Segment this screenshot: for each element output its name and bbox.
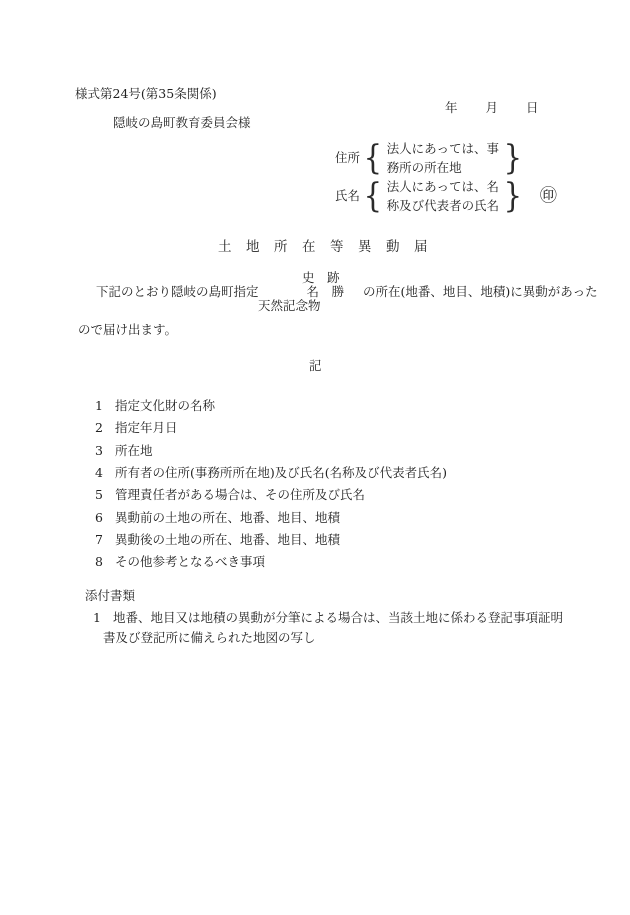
form-number: 様式第24号(第35条関係) — [75, 87, 217, 101]
item-list: 1 指定文化財の名称 2 指定年月日 3 所在地 4 所有者の住所(事務所所在地… — [95, 395, 447, 574]
name-note-line1: 法人にあっては、名 — [387, 177, 500, 196]
body-sentence-line2: ので届け出ます。 — [78, 323, 177, 337]
address-label: 住所 — [335, 151, 360, 165]
list-item-number: 2 — [95, 417, 115, 439]
address-note-line2: 務所の所在地 — [387, 158, 499, 177]
addressee: 隠岐の島町教育委員会様 — [113, 116, 251, 130]
body-sentence-prefix: 下記のとおり隠岐の島町指定 — [96, 284, 259, 299]
address-note-line1: 法人にあっては、事 — [387, 139, 499, 158]
list-item: 1 指定文化財の名称 — [95, 395, 447, 417]
document-title: 土地所在等異動届 — [218, 240, 442, 254]
list-item-text: 指定文化財の名称 — [115, 395, 215, 417]
address-note: 法人にあっては、事 務所の所在地 — [387, 139, 499, 177]
list-item-number: 1 — [95, 395, 115, 417]
attachment-item-line1: 地番、地目又は地積の異動が分筆による場合は、当該土地に係わる登記事項証明 — [113, 611, 563, 625]
list-item: 7 異動後の土地の所在、地番、地目、地積 — [95, 529, 447, 551]
document-page: 様式第24号(第35条関係) 年 月 日 隠岐の島町教育委員会様 住所 { 法人… — [0, 0, 630, 915]
address-brace-open: { — [364, 139, 382, 177]
list-item-number: 7 — [95, 529, 115, 551]
designation-option-meisho: 名 勝 — [307, 284, 345, 299]
date-month-label: 月 — [486, 101, 499, 115]
list-item-text: 所有者の住所(事務所所在地)及び氏名(名称及び代表者氏名) — [115, 462, 447, 484]
designation-option-shiseki: 史 跡 — [302, 271, 340, 285]
attachments-heading: 添付書類 — [85, 589, 135, 603]
attachment-item-number: 1 — [93, 611, 113, 625]
list-item-text: その他参考となるべき事項 — [115, 551, 265, 573]
date-line: 年 月 日 — [445, 101, 539, 115]
address-brace-close: } — [504, 139, 522, 177]
list-item-number: 3 — [95, 440, 115, 462]
body-sentence-suffix: の所在(地番、地目、地積)に異動があった — [363, 284, 598, 299]
list-item-number: 4 — [95, 462, 115, 484]
list-item: 5 管理責任者がある場合は、その住所及び氏名 — [95, 484, 447, 506]
list-item: 6 異動前の土地の所在、地番、地目、地積 — [95, 507, 447, 529]
list-item-text: 管理責任者がある場合は、その住所及び氏名 — [115, 484, 365, 506]
address-block: 住所 { 法人にあっては、事 務所の所在地 } — [335, 139, 524, 177]
record-label: 記 — [309, 359, 322, 373]
list-item: 3 所在地 — [95, 440, 447, 462]
list-item: 2 指定年月日 — [95, 417, 447, 439]
designation-option-tennenkinenbutsu: 天然記念物 — [258, 299, 321, 313]
list-item-number: 5 — [95, 484, 115, 506]
attachment-item-line2: 書及び登記所に備えられた地図の写し — [103, 631, 316, 645]
list-item-text: 所在地 — [115, 440, 153, 462]
name-note-line2: 称及び代表者の氏名 — [387, 196, 500, 215]
list-item: 4 所有者の住所(事務所所在地)及び氏名(名称及び代表者氏名) — [95, 462, 447, 484]
list-item: 8 その他参考となるべき事項 — [95, 551, 447, 573]
name-brace-close: } — [504, 177, 522, 215]
body-sentence: 下記のとおり隠岐の島町指定 名 勝 の所在(地番、地目、地積)に異動があった — [96, 285, 598, 299]
attachment-item: 1 地番、地目又は地積の異動が分筆による場合は、当該土地に係わる登記事項証明 — [93, 611, 563, 625]
date-year-label: 年 — [445, 101, 458, 115]
list-item-text: 異動前の土地の所在、地番、地目、地積 — [115, 507, 340, 529]
name-brace-open: { — [364, 177, 382, 215]
name-label: 氏名 — [335, 189, 360, 203]
date-day-label: 日 — [526, 101, 539, 115]
list-item-number: 8 — [95, 551, 115, 573]
list-item-text: 異動後の土地の所在、地番、地目、地積 — [115, 529, 340, 551]
list-item-text: 指定年月日 — [115, 417, 178, 439]
seal-mark-icon: ㊞ — [540, 177, 557, 215]
name-note: 法人にあっては、名 称及び代表者の氏名 — [387, 177, 500, 215]
list-item-number: 6 — [95, 507, 115, 529]
name-block: 氏名 { 法人にあっては、名 称及び代表者の氏名 } ㊞ — [335, 177, 557, 215]
